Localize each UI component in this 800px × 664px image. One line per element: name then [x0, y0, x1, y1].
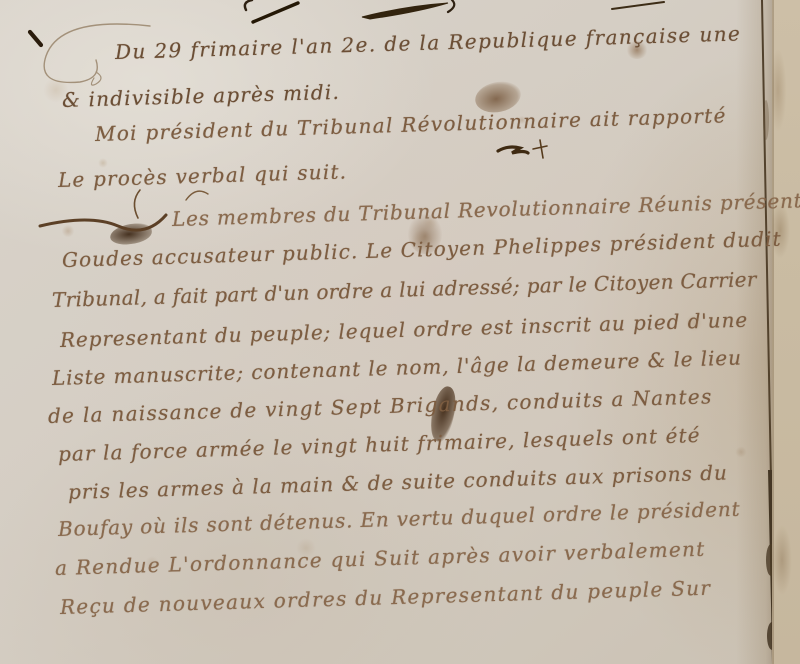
manuscript-line: de la naissance de vingt Sept Brigands, … — [48, 384, 713, 428]
crease-knot — [763, 100, 769, 140]
manuscript-line: a Rendue L'ordonnance qui Suit après avo… — [55, 537, 706, 580]
manuscript-line: Moi président du Tribunal Révolutionnair… — [95, 103, 727, 146]
page-edge-strip — [772, 0, 800, 664]
manuscript-page: Du 29 frimaire l'an 2e. de la Republique… — [0, 0, 800, 664]
line-swash — [40, 215, 166, 230]
ink-mark — [498, 147, 528, 153]
line-swash — [186, 191, 208, 200]
top-flourish — [448, 0, 454, 12]
manuscript-line: Le procès verbal qui suit. — [58, 159, 348, 192]
manuscript-line: Tribunal, a fait part d'un ordre a lui a… — [52, 267, 757, 312]
top-flourish — [362, 3, 448, 19]
manuscript-line: Goudes accusateur public. Le Citoyen Phe… — [62, 227, 782, 272]
crease-shadow — [736, 0, 774, 664]
manuscript-line: & indivisible après midi. — [62, 80, 341, 112]
manuscript-line: Du 29 frimaire l'an 2e. de la Republique… — [115, 21, 742, 64]
top-flourish — [253, 3, 298, 22]
manuscript-line: par la force armée le vingt huit frimair… — [58, 423, 701, 466]
manuscript-line: Liste manuscrite; contenant le nom, l'âg… — [52, 346, 743, 390]
top-flourish — [612, 2, 664, 9]
manuscript-line: Les membres du Tribunal Revolutionnaire … — [172, 188, 800, 231]
manuscript-line: pris les armes à la main & de suite cond… — [68, 460, 729, 504]
margin-flourish — [91, 72, 101, 85]
ink-mark — [533, 140, 547, 158]
ink-blot — [109, 222, 153, 246]
line-swash — [134, 190, 140, 218]
manuscript-line: Representant du peuple; lequel ordre est… — [60, 308, 749, 352]
manuscript-line: Reçu de nouveaux ordres du Representant … — [60, 576, 712, 619]
top-flourish — [245, 0, 252, 10]
ink-mark — [30, 32, 41, 45]
manuscript-line: Boufay où ils sont détenus. En vertu duq… — [58, 497, 741, 541]
